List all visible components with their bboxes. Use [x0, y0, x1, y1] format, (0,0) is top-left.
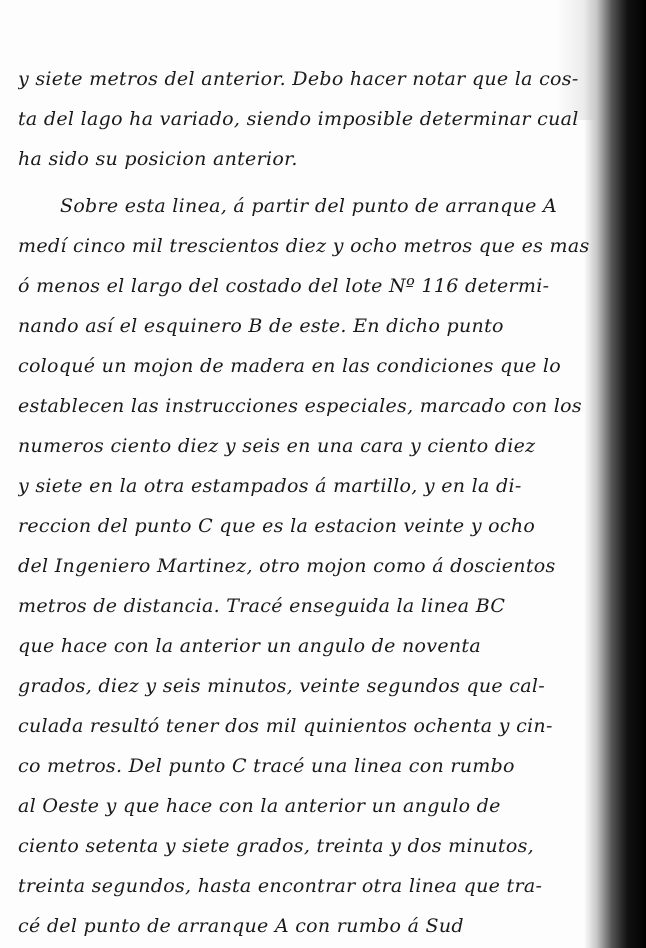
text-line: metros de distancia. Tracé enseguida la … — [18, 595, 598, 617]
paragraph-start-line: Sobre esta linea, á partir del punto de … — [60, 195, 640, 217]
text-line: culada resultó tener dos mil quinientos … — [18, 715, 598, 737]
text-line: ha sido su posicion anterior. — [18, 148, 598, 170]
text-line: y siete en la otra estampados á martillo… — [18, 475, 598, 497]
text-line: ciento setenta y siete grados, treinta y… — [18, 835, 598, 857]
text-line: y siete metros del anterior. Debo hacer … — [18, 68, 598, 90]
text-line: cé del punto de arranque A con rumbo á S… — [18, 915, 598, 937]
text-line: que hace con la anterior un angulo de no… — [18, 635, 598, 657]
text-line: coloqué un mojon de madera en las condic… — [18, 355, 598, 377]
text-line: co metros. Del punto C tracé una linea c… — [18, 755, 598, 777]
text-line: numeros ciento diez y seis en una cara y… — [18, 435, 598, 457]
text-line: establecen las instrucciones especiales,… — [18, 395, 598, 417]
text-line: nando así el esquinero B de este. En dic… — [18, 315, 598, 337]
text-line: ó menos el largo del costado del lote Nº… — [18, 275, 598, 297]
manuscript-page: y siete metros del anterior. Debo hacer … — [0, 0, 646, 948]
text-line: al Oeste y que hace con la anterior un a… — [18, 795, 598, 817]
text-line: treinta segundos, hasta encontrar otra l… — [18, 875, 598, 897]
text-line: del Ingeniero Martinez, otro mojon como … — [18, 555, 598, 577]
text-line: grados, diez y seis minutos, veinte segu… — [18, 675, 598, 697]
text-line: reccion del punto C que es la estacion v… — [18, 515, 598, 537]
text-line: ta del lago ha variado, siendo imposible… — [18, 108, 598, 130]
text-line: medí cinco mil trescientos diez y ocho m… — [18, 235, 598, 257]
